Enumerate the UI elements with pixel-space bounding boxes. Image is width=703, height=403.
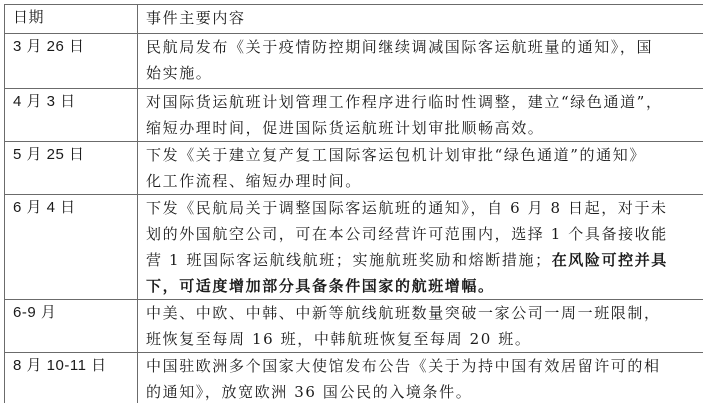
bold-emphasis-line: 下，可适度增加部分具备条件国家的航班增幅。 [146, 273, 703, 299]
table-row: 4 月 3 日 对国际货运航班计划管理工作程序进行临时性调整，建立“绿色通道”，… [5, 89, 703, 142]
row-content: 中美、中欧、中韩、中新等航线航班数量突破一家公司一周一班限制， 班恢复至每周 1… [138, 300, 703, 353]
content-line: 民航局发布《关于疫情防控期间继续调减国际客运航班量的通知》，国 [146, 34, 703, 60]
content-line: 下发《关于建立复产复工国际客运包机计划审批“绿色通道”的通知》 [146, 142, 703, 168]
content-line: 中国驻欧洲多个国家大使馆发布公告《关于为持中国有效居留许可的相 [146, 353, 703, 379]
content-line: 化工作流程、缩短办理时间。 [146, 168, 703, 194]
content-line: 的通知》，放宽欧洲 36 国公民的入境条件。 [146, 379, 703, 403]
row-content: 下发《关于建立复产复工国际客运包机计划审批“绿色通道”的通知》 化工作流程、缩短… [138, 142, 703, 195]
row-date: 8 月 10-11 日 [5, 353, 138, 403]
row-date: 5 月 25 日 [5, 142, 138, 195]
events-table: 日期 事件主要内容 3 月 26 日 民航局发布《关于疫情防控期间继续调减国际客… [4, 4, 703, 403]
row-content: 下发《民航局关于调整国际客运航班的通知》，自 6 月 8 日起，对于未 划的外国… [138, 195, 703, 300]
document-page: 日期 事件主要内容 3 月 26 日 民航局发布《关于疫情防控期间继续调减国际客… [0, 0, 703, 403]
table-row: 8 月 10-11 日 中国驻欧洲多个国家大使馆发布公告《关于为持中国有效居留许… [5, 353, 703, 403]
table-row: 5 月 25 日 下发《关于建立复产复工国际客运包机计划审批“绿色通道”的通知》… [5, 142, 703, 195]
content-line: 中美、中欧、中韩、中新等航线航班数量突破一家公司一周一班限制， [146, 300, 703, 326]
content-line: 班恢复至每周 16 班，中韩航班恢复至每周 20 班。 [146, 326, 703, 352]
row-date: 3 月 26 日 [5, 34, 138, 89]
content-line: 始实施。 [146, 60, 703, 86]
header-date: 日期 [5, 5, 138, 34]
content-line: 划的外国航空公司，可在本公司经营许可范围内，选择 1 个具备接收能 [146, 221, 703, 247]
row-content: 民航局发布《关于疫情防控期间继续调减国际客运航班量的通知》，国 始实施。 [138, 34, 703, 89]
bold-emphasis-text: 在风险可控并具 [552, 251, 668, 269]
content-line-text: 营 1 班国际客运航线航班；实施航班奖励和熔断措施； [146, 251, 552, 269]
content-line: 营 1 班国际客运航线航班；实施航班奖励和熔断措施；在风险可控并具 [146, 247, 703, 273]
row-date: 6 月 4 日 [5, 195, 138, 300]
table-row: 6-9 月 中美、中欧、中韩、中新等航线航班数量突破一家公司一周一班限制， 班恢… [5, 300, 703, 353]
table-row: 3 月 26 日 民航局发布《关于疫情防控期间继续调减国际客运航班量的通知》，国… [5, 34, 703, 89]
header-content: 事件主要内容 [138, 5, 703, 34]
row-content: 中国驻欧洲多个国家大使馆发布公告《关于为持中国有效居留许可的相 的通知》，放宽欧… [138, 353, 703, 403]
content-line: 下发《民航局关于调整国际客运航班的通知》，自 6 月 8 日起，对于未 [146, 195, 703, 221]
row-content: 对国际货运航班计划管理工作程序进行临时性调整，建立“绿色通道”， 缩短办理时间，… [138, 89, 703, 142]
content-line: 缩短办理时间，促进国际货运航班计划审批顺畅高效。 [146, 115, 703, 141]
row-date: 4 月 3 日 [5, 89, 138, 142]
table-header-row: 日期 事件主要内容 [5, 5, 703, 34]
row-date: 6-9 月 [5, 300, 138, 353]
table-row: 6 月 4 日 下发《民航局关于调整国际客运航班的通知》，自 6 月 8 日起，… [5, 195, 703, 300]
content-line: 对国际货运航班计划管理工作程序进行临时性调整，建立“绿色通道”， [146, 89, 703, 115]
